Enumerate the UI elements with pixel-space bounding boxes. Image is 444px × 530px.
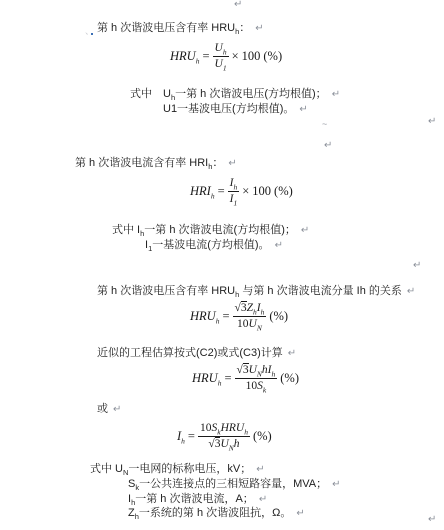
f1-denominator: U1 xyxy=(215,57,227,71)
return-mark: ↵ xyxy=(259,494,267,505)
f3-numerator: √3ZhIh xyxy=(233,302,267,317)
f3-equals: = xyxy=(222,309,229,324)
f4-equals: = xyxy=(224,371,231,386)
formula-hri-definition: HRIh = Ih I1 ×100(%) xyxy=(190,177,293,206)
formula-hru-definition: HRUh = Uh U1 ×100(%) xyxy=(170,42,282,71)
f4-numerator: √3UNhIh xyxy=(235,364,278,379)
paragraph-return-mark: ↵ xyxy=(428,117,436,127)
legend-line-ih: Ih一第 h 次谐波电流，A；↵ xyxy=(128,493,267,506)
f4-percent: (%) xyxy=(280,371,299,386)
paragraph-return-mark: ↵ xyxy=(234,0,242,10)
section3-approx-line: 近似的工程估算按式(C2)或式(C3)计算↵ xyxy=(97,347,296,360)
section3-heading: 第 h 次谐波电压含有率 HRUh 与第 h 次谐波电流分量 Ih 的关系↵ xyxy=(97,285,415,298)
f2-numerator: Ih xyxy=(228,177,240,192)
section2-heading: 第 h 次谐波电流含有率 HRIh：↵ xyxy=(75,157,237,170)
section2-note2: I1一基波电流(方均根值)。↵ xyxy=(145,239,283,252)
paragraph-return-mark: ↵ xyxy=(324,141,332,151)
return-mark: ↵ xyxy=(228,158,236,169)
paragraph-return-mark: ↵ xyxy=(428,515,436,525)
section3-or-line: 或↵ xyxy=(97,403,121,416)
legend-line-sk: Sk一公共连接点的三相短路容量，MVA；↵ xyxy=(128,478,341,491)
f1-lhs: HRUh xyxy=(170,49,199,64)
section1-heading-colon: ： xyxy=(239,22,250,34)
f2-times: × xyxy=(242,184,249,199)
sqrt-icon: √ xyxy=(237,364,243,376)
f1-equals: = xyxy=(202,49,209,64)
tilde-artifact: ~ xyxy=(322,120,327,129)
sqrt-icon: √ xyxy=(208,438,214,450)
f1-coef: 100 xyxy=(242,49,261,64)
f4-lhs: HRUh xyxy=(192,371,221,386)
return-mark: ↵ xyxy=(288,348,296,359)
paragraph-return-mark: ↵ xyxy=(413,261,421,271)
section2-note1: 式中 Ih一第 h 次谐波电流(方均根值)；↵ xyxy=(112,224,309,237)
f4-denominator: 10Sk xyxy=(246,379,267,393)
f1-percent: (%) xyxy=(263,49,282,64)
f2-fraction: Ih I1 xyxy=(228,177,240,206)
return-mark: ↵ xyxy=(255,23,263,34)
document-page: ↵ 、 第 h 次谐波电压含有率 HRUh：↵ HRUh = Uh U1 ×10… xyxy=(0,0,444,530)
f3-denominator: 10UN xyxy=(237,317,262,331)
formula-hru-impedance: HRUh = √3ZhIh 10UN (%) xyxy=(190,302,288,331)
return-mark: ↵ xyxy=(275,240,283,251)
return-mark: ↵ xyxy=(407,286,415,297)
f3-percent: (%) xyxy=(269,309,288,324)
f2-lhs: HRIh xyxy=(190,184,215,199)
return-mark: ↵ xyxy=(296,508,304,519)
f2-coef: 100 xyxy=(252,184,271,199)
f1-fraction: Uh U1 xyxy=(213,42,229,71)
f5-numerator: 10SkHRUh xyxy=(198,422,250,437)
formula-hru-estimate: HRUh = √3UNhIh 10Sk (%) xyxy=(192,364,299,393)
section1-heading: 第 h 次谐波电压含有率 HRUh：↵ xyxy=(97,22,264,35)
f5-equals: = xyxy=(188,429,195,444)
legend-line-un: 式中 UN一电网的标称电压，kV；↵ xyxy=(90,463,265,476)
artifact-dot xyxy=(91,33,93,35)
f2-denominator: I1 xyxy=(230,192,238,206)
return-mark: ↵ xyxy=(332,89,340,100)
f5-fraction: 10SkHRUh √3UNh xyxy=(198,422,250,451)
formula-ih-estimate: Ih = 10SkHRUh √3UNh (%) xyxy=(177,422,272,451)
f5-denominator: √3UNh xyxy=(208,437,239,451)
f1-times: × xyxy=(232,49,239,64)
return-mark: ↵ xyxy=(256,464,264,475)
f2-equals: = xyxy=(218,184,225,199)
section1-note1: 式中 Uh一第 h 次谐波电压(方均根值)；↵ xyxy=(130,88,340,101)
section1-note2: U1一基波电压(方均根值)。↵ xyxy=(163,103,308,116)
section1-heading-text: 第 h 次谐波电压含有率 HRU xyxy=(97,22,235,34)
return-mark: ↵ xyxy=(299,104,307,115)
f5-lhs: Ih xyxy=(177,429,185,444)
f3-fraction: √3ZhIh 10UN xyxy=(233,302,267,331)
comma-artifact: 、 xyxy=(85,24,94,37)
sqrt-icon: √ xyxy=(235,302,241,314)
f5-percent: (%) xyxy=(253,429,272,444)
f1-numerator: Uh xyxy=(213,42,229,57)
f3-lhs: HRUh xyxy=(190,309,219,324)
f4-fraction: √3UNhIh 10Sk xyxy=(235,364,278,393)
legend-line-zh: Zh一系统的第 h 次谐波阻抗，Ω。↵ xyxy=(128,507,305,520)
f2-percent: (%) xyxy=(274,184,293,199)
return-mark: ↵ xyxy=(301,225,309,236)
return-mark: ↵ xyxy=(332,479,340,490)
return-mark: ↵ xyxy=(113,404,121,415)
